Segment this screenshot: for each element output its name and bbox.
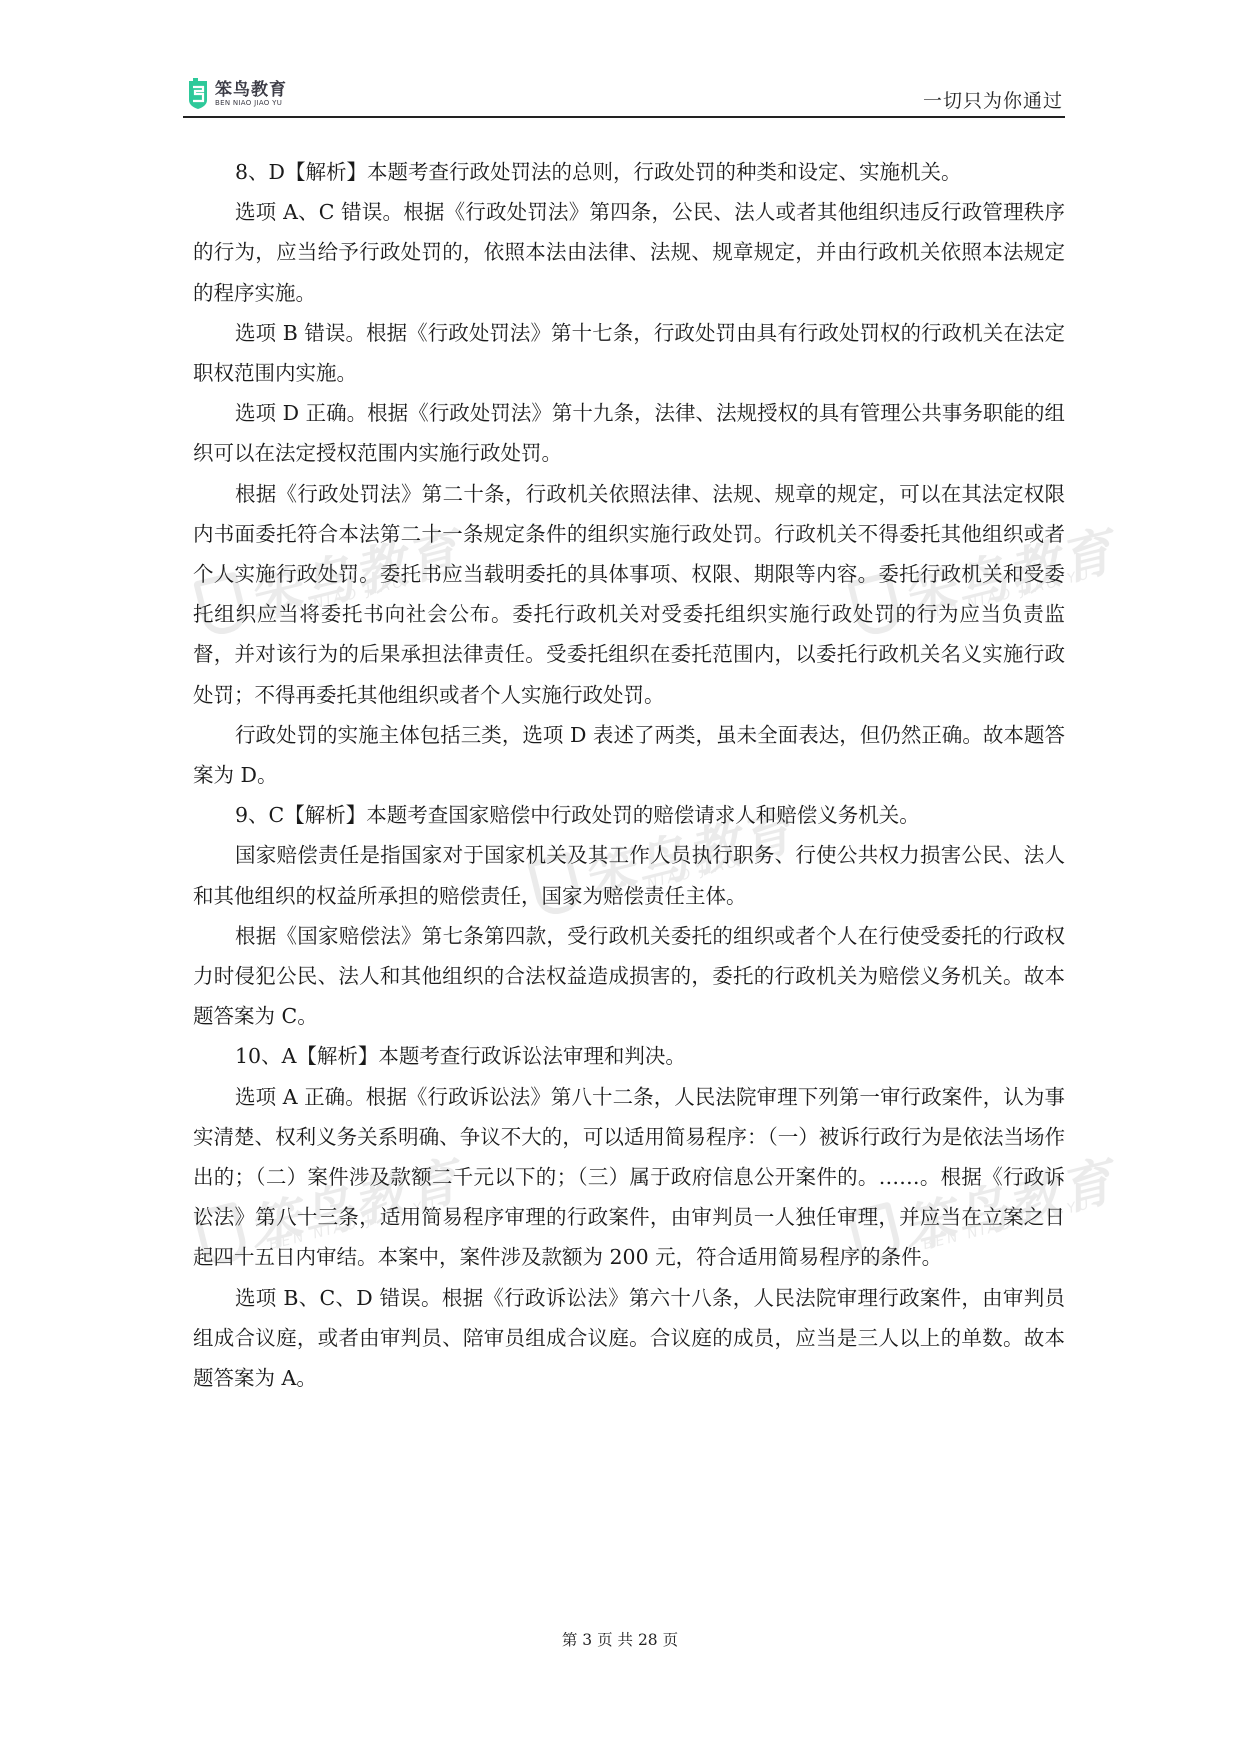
answer-8-option-d: 选项 D 正确。根据《行政处罚法》第十九条，法律、法规授权的具有管理公共事务职能… [193,393,1065,473]
page-number: 第 3 页 共 28 页 [0,1628,1240,1650]
brand-logo: 笨鸟教育 BEN NIAO JIAO YU [187,78,287,110]
header-slogan: 一切只为你通过 [923,86,1063,113]
answer-10-option-a: 选项 A 正确。根据《行政诉讼法》第八十二条，人民法院审理下列第一审行政案件，认… [193,1077,1065,1278]
answer-8-conclusion: 行政处罚的实施主体包括三类，选项 D 表述了两类，虽未全面表达，但仍然正确。故本… [193,715,1065,795]
answer-10-option-bcd: 选项 B、C、D 错误。根据《行政诉讼法》第六十八条，人民法院审理行政案件，由审… [193,1278,1065,1399]
answer-8-heading: 8、D【解析】本题考查行政处罚法的总则，行政处罚的种类和设定、实施机关。 [193,152,1065,192]
answer-9-definition: 国家赔偿责任是指国家对于国家机关及其工作人员执行职务、行使公共权力损害公民、法人… [193,835,1065,915]
document-body: 8、D【解析】本题考查行政处罚法的总则，行政处罚的种类和设定、实施机关。 选项 … [193,152,1065,1398]
brand-name-en: BEN NIAO JIAO YU [215,99,287,108]
answer-9-heading: 9、C【解析】本题考查国家赔偿中行政处罚的赔偿请求人和赔偿义务机关。 [193,795,1065,835]
answer-9-conclusion: 根据《国家赔偿法》第七条第四款，受行政机关委托的组织或者个人在行使受委托的行政权… [193,916,1065,1037]
answer-8-article-20: 根据《行政处罚法》第二十条，行政机关依照法律、法规、规章的规定，可以在其法定权限… [193,474,1065,715]
answer-8-option-b: 选项 B 错误。根据《行政处罚法》第十七条，行政处罚由具有行政处罚权的行政机关在… [193,313,1065,393]
answer-10-heading: 10、A【解析】本题考查行政诉讼法审理和判决。 [193,1036,1065,1076]
brand-name-cn: 笨鸟教育 [215,81,287,99]
answer-8-option-ac: 选项 A、C 错误。根据《行政处罚法》第四条，公民、法人或者其他组织违反行政管理… [193,192,1065,313]
page-header: 笨鸟教育 BEN NIAO JIAO YU 一切只为你通过 [183,70,1065,118]
shield-logo-icon [187,78,209,110]
